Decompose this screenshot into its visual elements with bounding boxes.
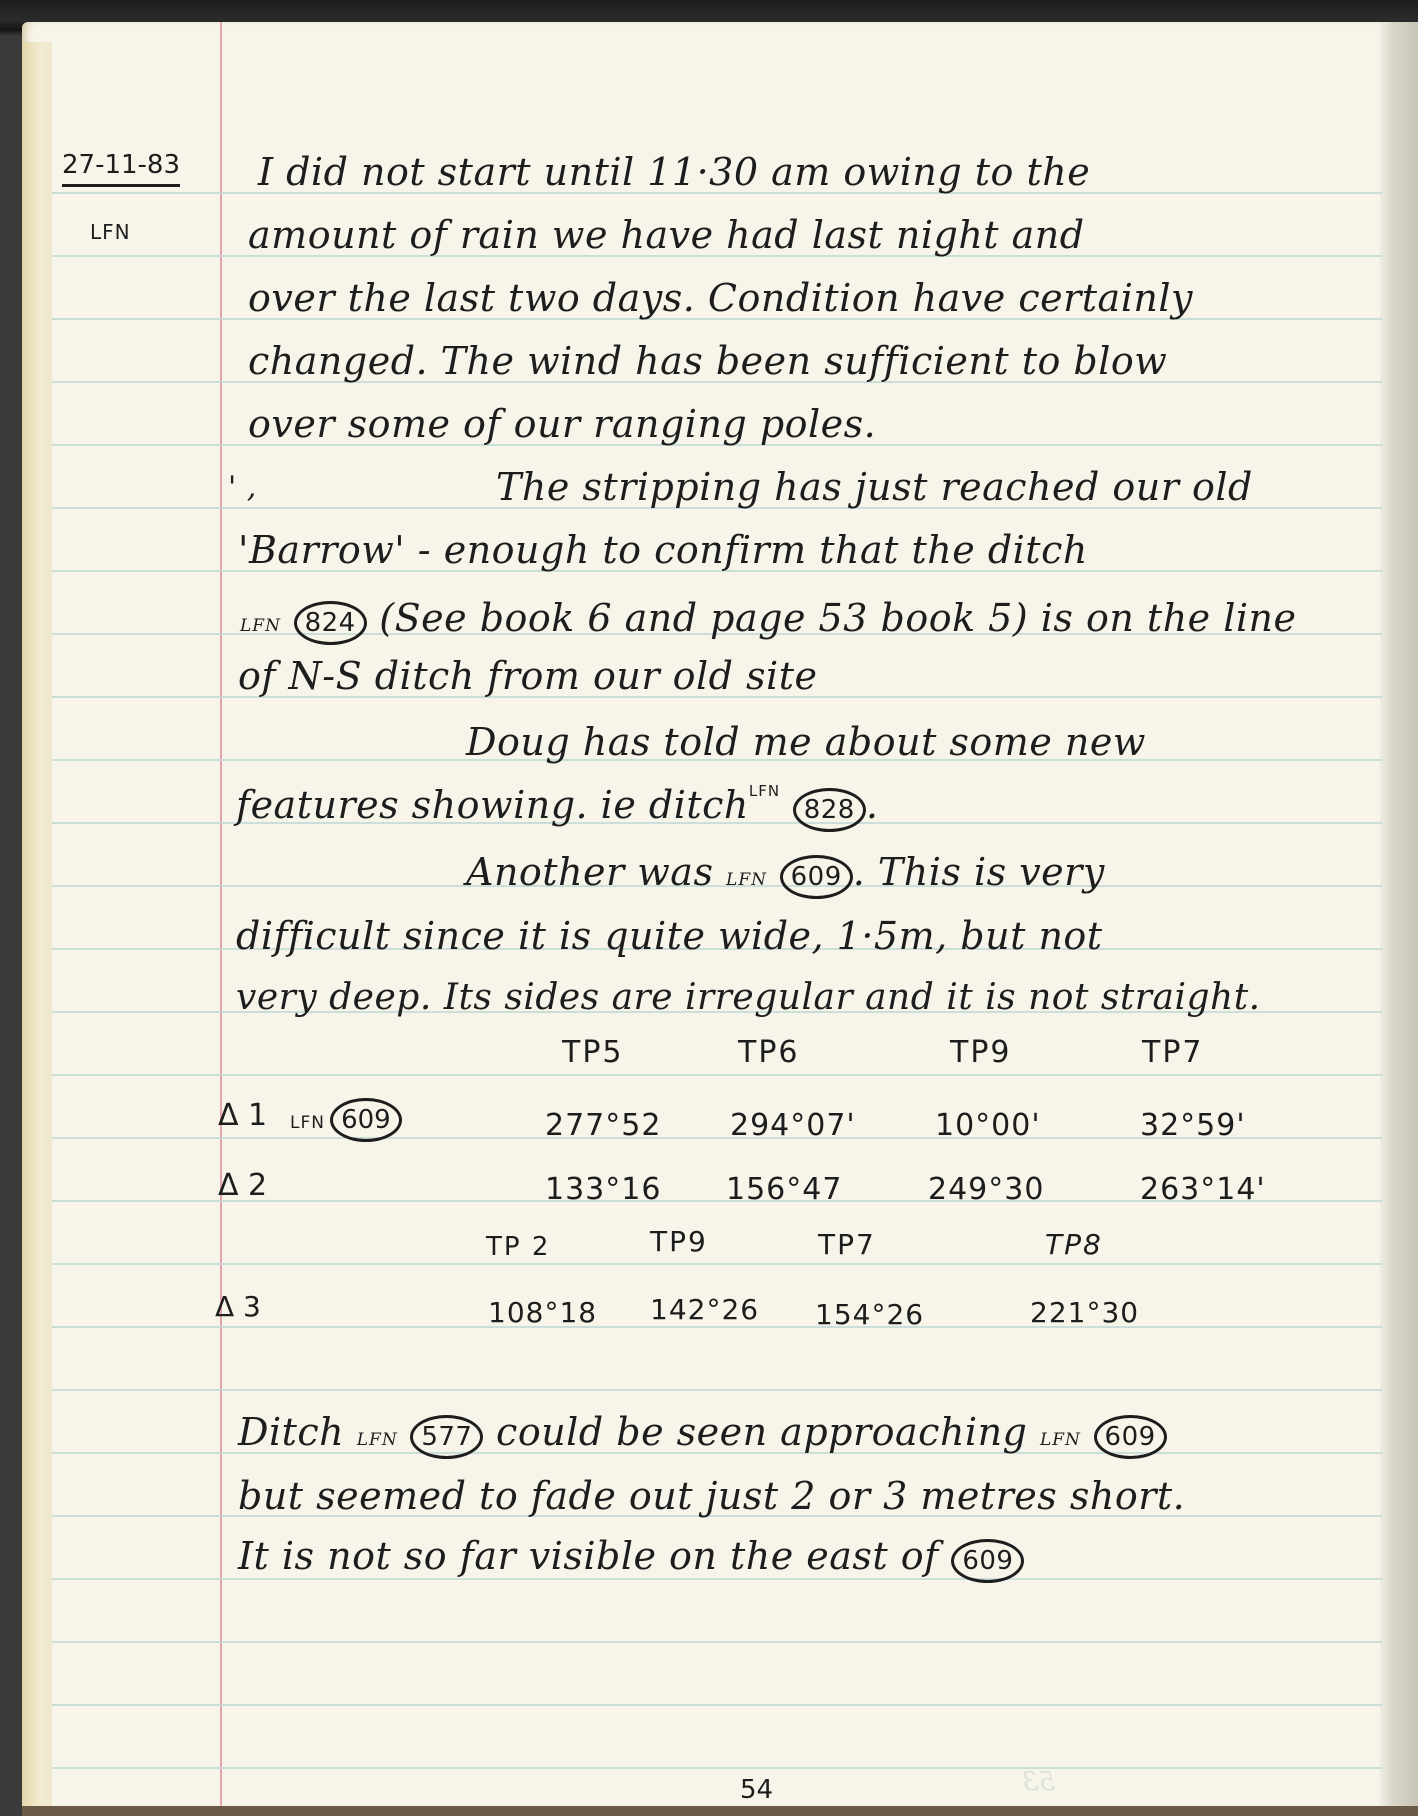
feature-number-circle: 577	[410, 1415, 483, 1459]
page-shadow-edge	[1380, 22, 1418, 1808]
text-segment: Ditch	[238, 1410, 344, 1454]
station-label: Δ 3	[215, 1290, 261, 1323]
ruled-line	[52, 1389, 1382, 1391]
quote-marks: ' ,	[228, 470, 257, 505]
site-code: LFN	[90, 220, 131, 244]
ruled-line	[52, 1074, 1382, 1076]
bearing-value: 142°26	[650, 1293, 759, 1326]
feature-number-circle: 609	[1094, 1415, 1167, 1459]
lfn-prefix: LFN	[290, 1113, 325, 1133]
text-segment: could be seen approaching	[496, 1410, 1027, 1454]
text-line: Doug has told me about some new	[466, 720, 1146, 764]
bearing-value: 249°30	[928, 1172, 1044, 1207]
ruled-line	[52, 1326, 1382, 1328]
feature-number-circle: 609	[330, 1098, 402, 1142]
tp-header: TP8	[1045, 1228, 1103, 1261]
text-line: It is not so far visible on the east of …	[238, 1534, 1024, 1583]
bearing-value: 10°00'	[935, 1108, 1041, 1143]
text-line: Ditch LFN 577 could be seen approaching …	[238, 1410, 1167, 1459]
text-line: difficult since it is quite wide, 1·5m, …	[236, 914, 1103, 958]
bearing-value: 263°14'	[1140, 1172, 1266, 1207]
lfn-prefix: LFN	[726, 870, 767, 890]
text-segment: .	[866, 783, 879, 827]
bearing-value: 156°47	[726, 1172, 842, 1207]
text-segment: It is not so far visible on the east of	[238, 1534, 939, 1578]
show-through-page-number: 53	[1022, 1767, 1055, 1797]
lfn-prefix: LFN	[240, 616, 281, 636]
tp-header: TP7	[818, 1228, 876, 1261]
station-label: Δ 2	[218, 1168, 267, 1203]
tp-header: TP7	[1142, 1035, 1204, 1070]
text-segment: features showing. ie ditch	[236, 783, 749, 827]
lfn-prefix: LFN	[357, 1430, 398, 1450]
ruled-line	[52, 1641, 1382, 1643]
text-line: changed. The wind has been sufficient to…	[248, 339, 1167, 383]
bearing-value: 154°26	[815, 1298, 924, 1331]
tp-header: TP9	[650, 1225, 708, 1258]
tp-header: TP9	[950, 1035, 1012, 1070]
lfn-superscript: LFN	[749, 782, 780, 800]
text-line: LFN 824 (See book 6 and page 53 book 5) …	[240, 596, 1297, 645]
page-binding-edge	[22, 42, 52, 1808]
bearing-value: 277°52	[545, 1108, 661, 1143]
text-line: Another was LFN 609. This is very	[466, 850, 1105, 899]
station-label: Δ 1	[218, 1098, 267, 1133]
bearing-value: 294°07'	[730, 1108, 856, 1143]
text-line: over some of our ranging poles.	[248, 402, 876, 446]
text-line: over the last two days. Condition have c…	[248, 276, 1193, 320]
text-line: The stripping has just reached our old	[496, 465, 1253, 509]
page-number: 54	[740, 1775, 773, 1805]
text-line: of N-S ditch from our old site	[238, 654, 817, 698]
text-line: I did not start until 11·30 am owing to …	[258, 150, 1090, 194]
tp-header: TP6	[738, 1035, 800, 1070]
bearing-value: 32°59'	[1140, 1108, 1246, 1143]
text-line: 'Barrow' - enough to confirm that the di…	[238, 528, 1088, 572]
margin-line	[220, 22, 222, 1808]
ruled-line	[52, 1704, 1382, 1706]
page-bottom-edge	[22, 1806, 1418, 1816]
bearing-value: 221°30	[1030, 1296, 1139, 1329]
bearing-value: 133°16	[545, 1172, 661, 1207]
feature-number-circle: 609	[780, 855, 853, 899]
text-line: but seemed to fade out just 2 or 3 metre…	[238, 1474, 1185, 1518]
entry-date: 27-11-83	[62, 150, 180, 187]
text-segment: Another was	[466, 850, 713, 894]
feature-number-circle: 609	[951, 1539, 1024, 1583]
feature-number-circle: 828	[793, 788, 866, 832]
text-line: amount of rain we have had last night an…	[248, 213, 1085, 257]
ruled-line	[52, 1263, 1382, 1265]
tp-header: TP5	[562, 1035, 624, 1070]
text-line: very deep. Its sides are irregular and i…	[236, 977, 1261, 1018]
ruled-line	[52, 1767, 1382, 1769]
lfn-prefix: LFN	[1040, 1430, 1081, 1450]
text-segment: . This is very	[853, 850, 1105, 894]
station-feature: LFN 609	[290, 1098, 402, 1142]
text-line: features showing. ie ditchLFN 828.	[236, 782, 878, 832]
text-segment: (See book 6 and page 53 book 5) is on th…	[379, 596, 1296, 640]
feature-number-circle: 824	[294, 601, 367, 645]
tp-header: TP 2	[486, 1232, 550, 1262]
bearing-value: 108°18	[488, 1296, 597, 1329]
